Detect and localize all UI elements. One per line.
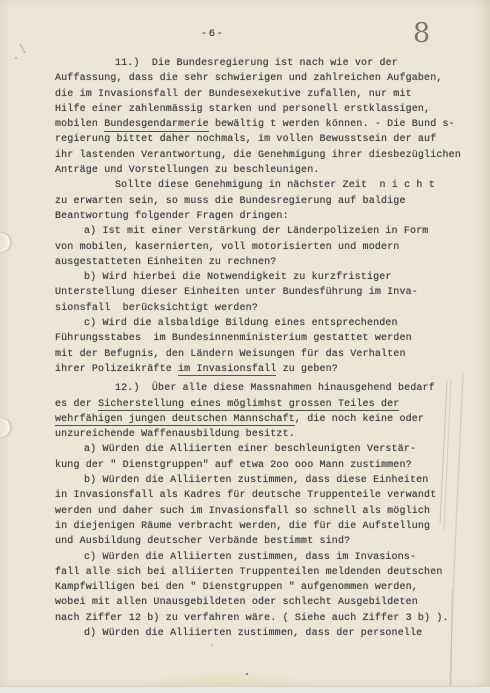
text-segment: 12.) Über alle diese Massnahmen hinausge… [115, 383, 435, 394]
text-segment: werden und daher such im Invasionsfall s… [55, 506, 430, 517]
text-segment: die im Invasionsfall der Bundesexekutive… [55, 89, 412, 100]
text-segment: zu erwarten sein, so muss die Bundesregi… [55, 196, 406, 207]
text-segment: Führungsstabes im Bundesinnenministerium… [55, 333, 412, 344]
text-line: c) Wird die alsbaldige Bildung eines ent… [55, 316, 465, 331]
text-segment: regierung bittet daher nochmals, im voll… [55, 134, 436, 145]
text-line: in diejenigen Räume verbracht werden, di… [55, 519, 465, 534]
text-segment: zu geben? [276, 364, 338, 375]
text-segment: in diejenigen Räume verbracht werden, di… [55, 521, 430, 532]
text-line: a) Würden die Alliierten einer beschleun… [55, 442, 465, 457]
text-line: 11.) Die Bundesregierung ist nach wie vo… [55, 56, 465, 71]
text-segment: unzureichende Waffenausbildung besitzt. [55, 429, 295, 440]
text-segment: ausgestatteten Einheiten zu rechnen? [55, 257, 276, 268]
text-line: wobei mit allen Unausgebildeten oder sch… [55, 595, 465, 610]
text-line: in Invasionsfall als Kadres für deutsche… [55, 488, 465, 503]
text-segment: b) Würden die Alliierten zustimmen, dass… [84, 475, 428, 486]
text-line: zu erwarten sein, so muss die Bundesregi… [55, 194, 465, 209]
text-segment: mobilen [55, 119, 104, 130]
text-segment: Kampfwilligen bei den " Dienstgruppen " … [55, 582, 418, 593]
text-segment: es der [55, 399, 98, 410]
text-segment: kung der " Dienstgruppen" auf etwa 2oo o… [55, 460, 412, 471]
text-segment: Auffassung, dass die sehr schwierigen un… [55, 73, 443, 84]
text-line: 12.) Über alle diese Massnahmen hinausge… [55, 381, 465, 396]
text-line: werden und daher such im Invasionsfall s… [55, 504, 465, 519]
text-segment: bewältig t werden können. - Die Bund s- [209, 119, 455, 130]
text-segment: Sollte diese Genehmigung in nächster Zei… [115, 180, 435, 191]
text-line: von mobilen, kasernierten, voll motorisi… [55, 240, 465, 255]
text-line: Auffassung, dass die sehr schwierigen un… [55, 71, 465, 86]
text-line: und Ausbildung deutscher Verbände bestim… [55, 534, 465, 549]
text-line: fall alle sich bei alliierten Truppentei… [55, 565, 465, 580]
text-line: Kampfwilligen bei den " Dienstgruppen " … [55, 580, 465, 595]
text-line: unzureichende Waffenausbildung besitzt. [55, 427, 465, 442]
text-segment: a) Ist mit einer Verstärkung der Länderp… [84, 226, 428, 237]
text-segment: Unterstellung dieser Einheiten unter Bun… [55, 287, 418, 298]
text-line: Beantwortung folgender Fragen dringen: [55, 209, 465, 224]
page-marker: -6- [201, 28, 224, 40]
text-line: mit der Befugnis, den Ländern Weisungen … [55, 347, 465, 362]
text-line: Führungsstabes im Bundesinnenministerium… [55, 331, 465, 346]
text-segment: und Ausbildung deutscher Verbände bestim… [55, 536, 350, 547]
underlined-text: Sicherstellung eines möglimhst grossen T… [98, 399, 399, 412]
text-line: sionsfall berücksichtigt werden? [55, 301, 465, 316]
text-segment: nach Ziffer 12 b) zu verfahren wäre. ( S… [55, 613, 449, 624]
text-line: wehrfähigen jungen deutschen Mannschaft,… [55, 412, 465, 427]
text-segment: wobei mit allen Unausgebildeten oder sch… [55, 597, 418, 608]
corner-page-number: 8 [413, 18, 430, 49]
text-line: nach Ziffer 12 b) zu verfahren wäre. ( S… [55, 611, 465, 626]
text-line: d) Würden die Alliierten zustimmen, dass… [55, 626, 465, 641]
punch-hole [0, 233, 10, 252]
text-segment: Anträge und Vorstellungen zu beschleunig… [55, 165, 320, 176]
text-line: Sollte diese Genehmigung in nächster Zei… [55, 178, 465, 193]
text-segment: c) Wird die alsbaldige Bildung eines ent… [84, 318, 398, 329]
text-segment: b) Wird hierbei die Notwendigkeit zu kur… [84, 272, 392, 283]
text-line: b) Wird hierbei die Notwendigkeit zu kur… [55, 270, 465, 285]
text-line: regierung bittet daher nochmals, im voll… [55, 132, 465, 147]
underlined-text: Bundesgendarmerie [104, 119, 209, 132]
text-line: b) Würden die Alliierten zustimmen, dass… [55, 473, 465, 488]
text-line: es der Sicherstellung eines möglimhst gr… [55, 397, 465, 412]
text-line: ihr lastenden Verantwortung, die Genehmi… [55, 148, 465, 163]
text-segment: , die noch keine oder [295, 414, 424, 425]
text-segment: Hilfe einer zahlenmässig starken und per… [55, 104, 430, 115]
text-segment: d) Würden die Alliierten zustimmen, dass… [84, 628, 422, 639]
text-segment: 11.) Die Bundesregierung ist nach wie vo… [115, 58, 398, 69]
text-line: Unterstellung dieser Einheiten unter Bun… [55, 285, 465, 300]
text-segment: sionsfall berücksichtigt werden? [55, 303, 258, 314]
underlined-text: im Invasionsfall [178, 364, 276, 377]
text-segment: ihrer Polizeikräfte [55, 364, 178, 375]
text-line: c) Würden die Alliierten zustimmen, dass… [55, 550, 465, 565]
text-line: Anträge und Vorstellungen zu beschleunig… [55, 163, 465, 178]
text-segment: ihr lastenden Verantwortung, die Genehmi… [55, 150, 461, 161]
text-segment: fall alle sich bei alliierten Truppentei… [55, 567, 443, 578]
document-page: -6- 8 11.) Die Bundesregierung ist nach … [0, 0, 490, 693]
text-line: Hilfe einer zahlenmässig starken und per… [55, 102, 465, 117]
text-line: die im Invasionsfall der Bundesexekutive… [55, 87, 465, 102]
text-line: ihrer Polizeikräfte im Invasionsfall zu … [55, 362, 465, 377]
text-segment: c) Würden die Alliierten zustimmen, dass… [84, 552, 416, 563]
underlined-text: wehrfähigen jungen deutschen Mannschaft [55, 414, 295, 427]
punch-hole [0, 418, 10, 437]
text-segment: mit der Befugnis, den Ländern Weisungen … [55, 349, 406, 360]
text-segment: Beantwortung folgender Fragen dringen: [55, 211, 289, 222]
text-line: a) Ist mit einer Verstärkung der Länderp… [55, 224, 465, 239]
text-segment: von mobilen, kasernierten, voll motorisi… [55, 242, 399, 253]
text-block: 11.) Die Bundesregierung ist nach wie vo… [55, 56, 465, 641]
text-segment: a) Würden die Alliierten einer beschleun… [84, 444, 416, 455]
text-line: mobilen Bundesgendarmerie bewältig t wer… [55, 117, 465, 132]
text-line: kung der " Dienstgruppen" auf etwa 2oo o… [55, 458, 465, 473]
scan-edge [0, 686, 490, 693]
text-segment: in Invasionsfall als Kadres für deutsche… [55, 490, 436, 501]
text-line: ausgestatteten Einheiten zu rechnen? [55, 255, 465, 270]
